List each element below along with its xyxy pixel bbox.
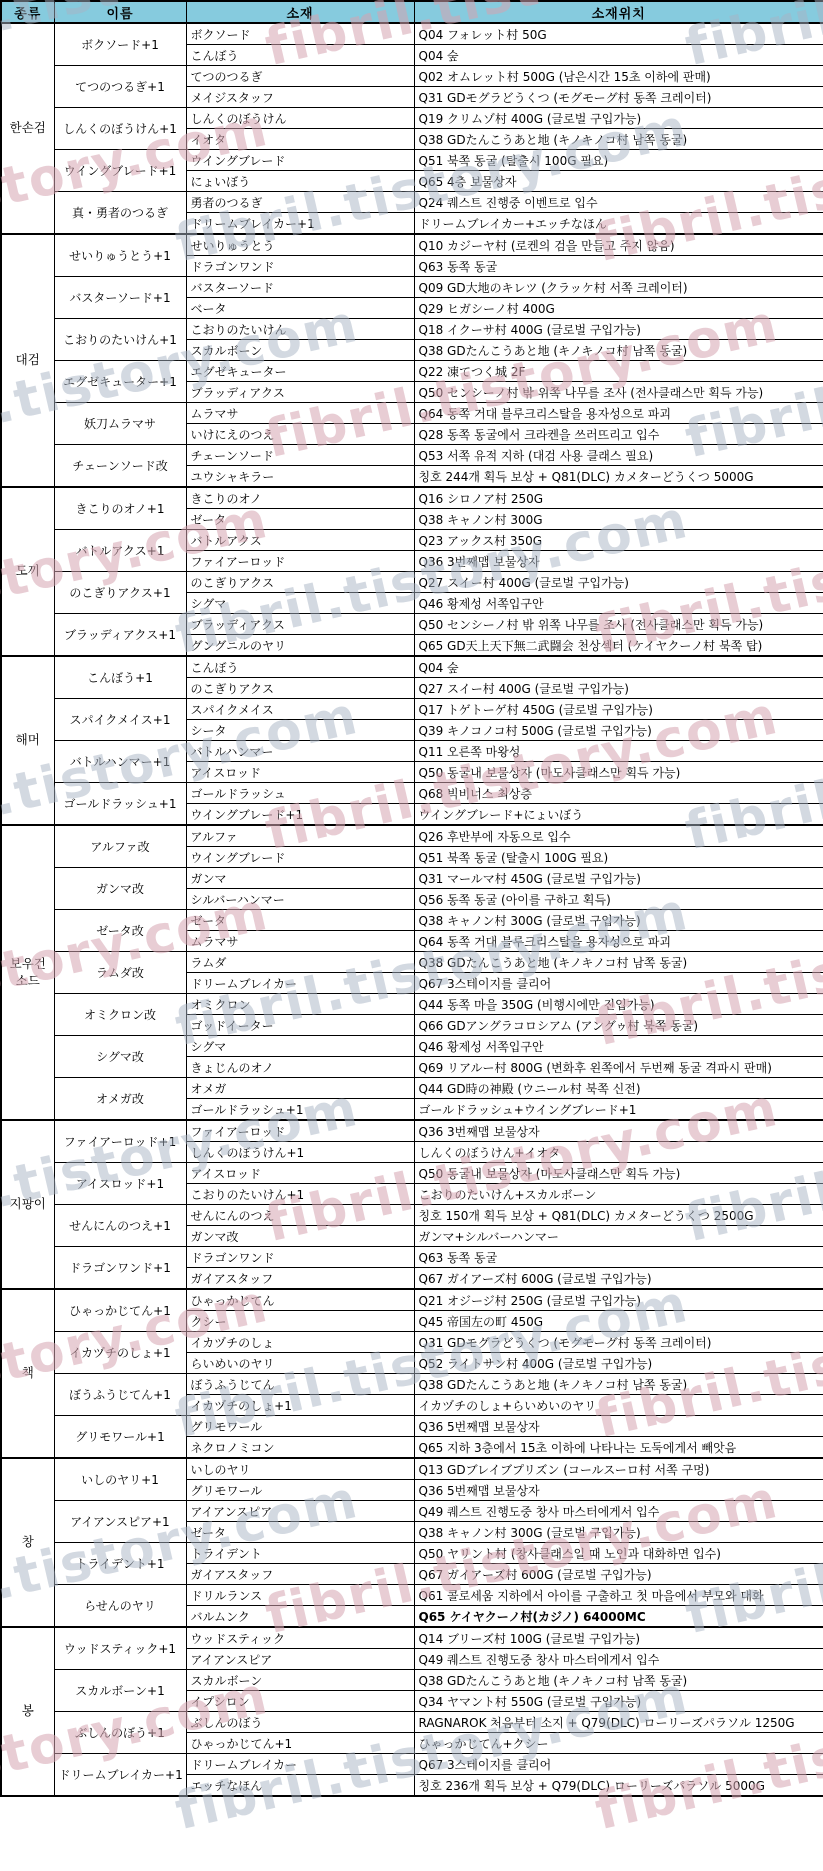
location-cell: Q64 동쪽 거대 블루크리스탈을 용자성으로 파괴: [414, 931, 823, 952]
material-cell: スカルボーン: [186, 340, 414, 361]
location-cell: Q19 クリムゾ村 400G (글로벌 구입가능): [414, 108, 823, 129]
location-cell: Q10 カジーヤ村 (로켄의 검을 만들고 주지 않음): [414, 234, 823, 256]
weapon-name-cell: ラムダ改: [54, 952, 186, 994]
location-cell: Q67 3스테이지를 클리어: [414, 1754, 823, 1775]
location-cell: こおりのたいけん+スカルボーン: [414, 1184, 823, 1205]
material-cell: トライデント: [186, 1543, 414, 1564]
material-cell: こんぼう: [186, 45, 414, 66]
location-cell: Q69 リアルー村 800G (변화후 왼쪽에서 두번째 동굴 격파시 판매): [414, 1057, 823, 1078]
location-cell: Q67 ガイアーズ村 600G (글로벌 구입가능): [414, 1268, 823, 1290]
material-cell: シグマ: [186, 1036, 414, 1057]
table-row: こおりのたいけん+1こおりのたいけんQ18 イクーサ村 400G (글로벌 구입…: [1, 319, 823, 340]
weapon-name-cell: アルファ改: [54, 825, 186, 868]
weapon-name-cell: ボクソード+1: [54, 23, 186, 66]
material-cell: ゼータ: [186, 1522, 414, 1543]
location-cell: Q68 빅비너스 최상층: [414, 783, 823, 804]
table-row: バトルハンマー+1バトルハンマーQ11 오른쪽 마왕성: [1, 741, 823, 762]
material-cell: ブラッディアクス: [186, 614, 414, 635]
table-row: 책ひゃっかじてん+1ひゃっかじてんQ21 オジージ村 250G (글로벌 구입가…: [1, 1289, 823, 1311]
weapon-name-cell: ウッドスティック+1: [54, 1627, 186, 1670]
material-cell: シルバーハンマー: [186, 889, 414, 910]
material-cell: バトルハンマー: [186, 741, 414, 762]
table-row: ウイングブレード+1ウイングブレードQ51 북쪽 동굴 (탈출시 100G 필요…: [1, 150, 823, 171]
material-cell: バルムンク: [186, 1606, 414, 1628]
location-cell: 칭호 236개 획득 보상 + Q79(DLC) ローリーズパラソル 5000G: [414, 1775, 823, 1797]
location-cell: Q51 북쪽 동굴 (탈출시 100G 필요): [414, 847, 823, 868]
location-cell: Q38 GDたんこうあと地 (キノキノコ村 남쪽 동굴): [414, 1670, 823, 1691]
table-row: バトルアクス+1バトルアクスQ23 アックス村 350G: [1, 530, 823, 551]
location-cell: Q50 ヤリント村 (창사클래스일 때 노인과 대화하면 입수): [414, 1543, 823, 1564]
material-cell: いしのヤリ: [186, 1458, 414, 1480]
category-cell: 책: [1, 1289, 54, 1458]
material-cell: アイスロッド: [186, 1163, 414, 1184]
location-cell: Q44 동쪽 마을 350G (비행시에만 진입가능): [414, 994, 823, 1015]
category-cell: 지팡이: [1, 1120, 54, 1289]
material-cell: 勇者のつるぎ: [186, 192, 414, 213]
weapon-name-cell: せいりゅうとう+1: [54, 234, 186, 277]
material-cell: ムラマサ: [186, 931, 414, 952]
material-cell: ゼータ: [186, 910, 414, 931]
table-row: ガンマ改ガンマQ31 マールマ村 450G (글로벌 구입가능): [1, 868, 823, 889]
table-row: ぼうふうじてん+1ぼうふうじてんQ38 GDたんこうあと地 (キノキノコ村 남쪽…: [1, 1374, 823, 1395]
location-cell: Q27 スイー村 400G (글로벌 구입가능): [414, 572, 823, 593]
header-row: 종류 이름 소재 소재위치: [1, 1, 823, 23]
material-cell: こおりのたいけん: [186, 319, 414, 340]
material-cell: ブラッディアクス: [186, 382, 414, 403]
table-row: ゴールドラッシュ+1ゴールドラッシュQ68 빅비너스 최상층: [1, 783, 823, 804]
material-cell: イカヅチのしょ: [186, 1332, 414, 1353]
weapon-name-cell: らせんのヤリ: [54, 1585, 186, 1628]
location-cell: Q65 지하 3층에서 15초 이하에 나타나는 도둑에게서 빼앗음: [414, 1437, 823, 1459]
material-cell: らいめいのヤリ: [186, 1353, 414, 1374]
location-cell: Q14 ブリーズ村 100G (글로벌 구입가능): [414, 1627, 823, 1649]
location-cell: Q49 퀘스트 진행도중 창사 마스터에게서 입수: [414, 1649, 823, 1670]
location-cell: Q67 3스테이지를 클리어: [414, 973, 823, 994]
location-cell: Q36 5번째맵 보물상자: [414, 1480, 823, 1501]
location-cell: Q56 동쪽 동굴 (아이를 구하고 획득): [414, 889, 823, 910]
material-cell: シグマ: [186, 593, 414, 614]
col-header-material: 소재: [186, 1, 414, 23]
material-cell: バスターソード: [186, 277, 414, 298]
table-row: 봉ウッドスティック+1ウッドスティックQ14 ブリーズ村 100G (글로벌 구…: [1, 1627, 823, 1649]
location-cell: Q38 GDたんこうあと地 (キノキノコ村 남쪽 동굴): [414, 340, 823, 361]
material-cell: アイスロッド: [186, 762, 414, 783]
location-cell: Q04 숲: [414, 45, 823, 66]
table-row: チェーンソード改チェーンソードQ53 서쪽 유적 지하 (대검 사용 클래스 필…: [1, 445, 823, 466]
category-cell: 도끼: [1, 487, 54, 656]
material-cell: ウイングブレード: [186, 150, 414, 171]
category-cell: 보우건 소드: [1, 825, 54, 1120]
location-cell: イカヅチのしょ+らいめいのヤリ: [414, 1395, 823, 1416]
material-cell: ゼータ: [186, 509, 414, 530]
location-cell: Q38 キャノン村 300G (글로벌 구입가능): [414, 1522, 823, 1543]
table-row: 해머こんぼう+1こんぼうQ04 숲: [1, 656, 823, 678]
weapon-name-cell: しんくのぼうけん+1: [54, 108, 186, 150]
location-cell: Q24 퀘스트 진행중 이벤트로 입수: [414, 192, 823, 213]
material-cell: しんくのぼうけん: [186, 108, 414, 129]
table-row: 한손검ボクソード+1ボクソードQ04 フォレット村 50G: [1, 23, 823, 45]
location-cell: ウイングブレード+にょいぼう: [414, 804, 823, 826]
table-row: 妖刀ムラマサムラマサQ64 동쪽 거대 블루크리스탈을 용자성으로 파괴: [1, 403, 823, 424]
location-cell: Q38 GDたんこうあと地 (キノキノコ村 남쪽 동굴): [414, 952, 823, 973]
table-row: ラムダ改ラムダQ38 GDたんこうあと地 (キノキノコ村 남쪽 동굴): [1, 952, 823, 973]
weapon-upgrade-table: 종류 이름 소재 소재위치 한손검ボクソード+1ボクソードQ04 フォレット村 …: [0, 0, 823, 1797]
location-cell: Q27 スイー村 400G (글로벌 구입가능): [414, 678, 823, 699]
material-cell: オメガ: [186, 1078, 414, 1099]
location-cell: Q66 GDアングラコロシアム (アングゥ村 북쪽 동굴): [414, 1015, 823, 1036]
material-cell: にょいぼう: [186, 171, 414, 192]
table-row: アイアンスピア+1アイアンスピアQ49 퀘스트 진행도중 창사 마스터에게서 입…: [1, 1501, 823, 1522]
weapon-name-cell: オミクロン改: [54, 994, 186, 1036]
material-cell: ぼうふうじてん: [186, 1374, 414, 1395]
table-row: しんくのぼうけん+1しんくのぼうけんQ19 クリムゾ村 400G (글로벌 구입…: [1, 108, 823, 129]
material-cell: ぶしんのぼう: [186, 1712, 414, 1733]
location-cell: Q64 동쪽 거대 블루크리스탈을 용자성으로 파괴: [414, 403, 823, 424]
location-cell: Q63 동쪽 동굴: [414, 256, 823, 277]
location-cell: Q02 オムレット村 500G (남은시간 15초 이하에 판매): [414, 66, 823, 87]
location-cell: Q51 북쪽 동굴 (탈출시 100G 필요): [414, 150, 823, 171]
material-cell: きこりのオノ: [186, 487, 414, 509]
location-cell: Q31 GDモグラどうくつ (モグモーグ村 동쪽 크레이터): [414, 87, 823, 108]
location-cell: Q36 5번째맵 보물상자: [414, 1416, 823, 1437]
category-cell: 봉: [1, 1627, 54, 1796]
material-cell: スパイクメイス: [186, 699, 414, 720]
weapon-name-cell: トライデント+1: [54, 1543, 186, 1585]
weapon-name-cell: ガンマ改: [54, 868, 186, 910]
material-cell: てつのつるぎ: [186, 66, 414, 87]
weapon-name-cell: いしのヤリ+1: [54, 1458, 186, 1501]
material-cell: ガイアスタッフ: [186, 1268, 414, 1290]
location-cell: 칭호 244개 획득 보상 + Q81(DLC) カメターどうくつ 5000G: [414, 466, 823, 488]
weapon-name-cell: のこぎりアクス+1: [54, 572, 186, 614]
material-cell: アイアンスピア: [186, 1501, 414, 1522]
weapon-name-cell: せんにんのつえ+1: [54, 1205, 186, 1247]
location-cell: Q44 GD時の神殿 (ウニール村 북쪽 신전): [414, 1078, 823, 1099]
weapon-name-cell: アイスロッド+1: [54, 1163, 186, 1205]
category-cell: 해머: [1, 656, 54, 825]
material-cell: イオタ: [186, 129, 414, 150]
material-cell: アイアンスピア: [186, 1649, 414, 1670]
weapon-name-cell: こんぼう+1: [54, 656, 186, 699]
table-row: オミクロン改オミクロンQ44 동쪽 마을 350G (비행시에만 진입가능): [1, 994, 823, 1015]
location-cell: ガンマ+シルバーハンマー: [414, 1226, 823, 1247]
location-cell: Q45 帝国左の町 450G: [414, 1311, 823, 1332]
table-row: トライデント+1トライデントQ50 ヤリント村 (창사클래스일 때 노인과 대화…: [1, 1543, 823, 1564]
location-cell: Q36 3번째맵 보물상자: [414, 551, 823, 572]
material-cell: いけにえのつえ: [186, 424, 414, 445]
weapon-name-cell: ウイングブレード+1: [54, 150, 186, 192]
table-row: 도끼きこりのオノ+1きこりのオノQ16 シロノア村 250G: [1, 487, 823, 509]
location-cell: Q31 マールマ村 450G (글로벌 구입가능): [414, 868, 823, 889]
location-cell: Q28 동쪽 동굴에서 크라켄을 쓰러뜨리고 입수: [414, 424, 823, 445]
location-cell: Q11 오른쪽 마왕성: [414, 741, 823, 762]
weapon-name-cell: 妖刀ムラマサ: [54, 403, 186, 445]
weapon-name-cell: ひゃっかじてん+1: [54, 1289, 186, 1332]
weapon-name-cell: ドラゴンワンド+1: [54, 1247, 186, 1290]
weapon-name-cell: ブラッディアクス+1: [54, 614, 186, 657]
material-cell: ゴールドラッシュ+1: [186, 1099, 414, 1121]
location-cell: Q38 GDたんこうあと地 (キノキノコ村 남쪽 동굴): [414, 129, 823, 150]
location-cell: Q50 センシーノ村 밖 위쪽 나무를 조사 (전사클래스만 획득 가능): [414, 614, 823, 635]
weapon-name-cell: エグゼキューター+1: [54, 361, 186, 403]
location-cell: Q65 ケイヤクーノ村(カジノ) 64000MC: [414, 1606, 823, 1628]
location-cell: Q61 콜로세움 지하에서 아이를 구출하고 첫 마을에서 부모와 대화: [414, 1585, 823, 1606]
material-cell: ムラマサ: [186, 403, 414, 424]
location-cell: RAGNAROK 처음부터 소지 + Q79(DLC) ローリーズパラソル 12…: [414, 1712, 823, 1733]
location-cell: Q34 ヤマント村 550G (글로벌 구입가능): [414, 1691, 823, 1712]
col-header-name: 이름: [54, 1, 186, 23]
weapon-name-cell: イカヅチのしょ+1: [54, 1332, 186, 1374]
weapon-name-cell: 真・勇者のつるぎ: [54, 192, 186, 235]
material-cell: ひゃっかじてん: [186, 1289, 414, 1311]
location-cell: Q46 황제성 서쪽입구안: [414, 1036, 823, 1057]
location-cell: Q09 GD大地のキレツ (クラッケ村 서쪽 크레이터): [414, 277, 823, 298]
material-cell: ファイアーロッド: [186, 551, 414, 572]
category-cell: 한손검: [1, 23, 54, 234]
location-cell: Q50 동굴내 보물상자 (마도사클래스만 획득 가능): [414, 762, 823, 783]
material-cell: ウイングブレード: [186, 847, 414, 868]
location-cell: Q67 ガイアーズ村 600G (글로벌 구입가능): [414, 1564, 823, 1585]
material-cell: バトルアクス: [186, 530, 414, 551]
table-row: 지팡이ファイアーロッド+1ファイアーロッドQ36 3번째맵 보물상자: [1, 1120, 823, 1142]
location-cell: Q04 フォレット村 50G: [414, 23, 823, 45]
table-row: ドラゴンワンド+1ドラゴンワンドQ63 동쪽 동굴: [1, 1247, 823, 1268]
material-cell: グリモワール: [186, 1416, 414, 1437]
material-cell: アルファ: [186, 825, 414, 847]
weapon-name-cell: ぼうふうじてん+1: [54, 1374, 186, 1416]
location-cell: Q18 イクーサ村 400G (글로벌 구입가능): [414, 319, 823, 340]
material-cell: イカヅチのしょ+1: [186, 1395, 414, 1416]
location-cell: Q49 퀘스트 진행도중 창사 마스터에게서 입수: [414, 1501, 823, 1522]
category-cell: 창: [1, 1458, 54, 1627]
location-cell: 칭호 150개 획득 보상 + Q81(DLC) カメターどうくつ 2500G: [414, 1205, 823, 1226]
material-cell: オミクロン: [186, 994, 414, 1015]
weapon-name-cell: てつのつるぎ+1: [54, 66, 186, 108]
material-cell: こおりのたいけん+1: [186, 1184, 414, 1205]
material-cell: ファイアーロッド: [186, 1120, 414, 1142]
weapon-name-cell: ファイアーロッド+1: [54, 1120, 186, 1163]
location-cell: Q29 ヒガシーノ村 400G: [414, 298, 823, 319]
material-cell: せんにんのつえ: [186, 1205, 414, 1226]
location-cell: Q65 4층 보물상자: [414, 171, 823, 192]
material-cell: シータ: [186, 720, 414, 741]
material-cell: ドラゴンワンド: [186, 1247, 414, 1268]
table-row: 창いしのヤリ+1いしのヤリQ13 GDブレイブプリズン (コールスーロ村 서쪽 …: [1, 1458, 823, 1480]
category-cell: 대검: [1, 234, 54, 487]
location-cell: Q50 センシーノ村 밖 위쪽 나무를 조사 (전사클래스만 획득 가능): [414, 382, 823, 403]
table-row: せんにんのつえ+1せんにんのつえ칭호 150개 획득 보상 + Q81(DLC)…: [1, 1205, 823, 1226]
table-row: のこぎりアクス+1のこぎりアクスQ27 スイー村 400G (글로벌 구입가능): [1, 572, 823, 593]
weapon-name-cell: グリモワール+1: [54, 1416, 186, 1459]
table-row: らせんのヤリドリルランスQ61 콜로세움 지하에서 아이를 구출하고 첫 마을에…: [1, 1585, 823, 1606]
material-cell: きょじんのオノ: [186, 1057, 414, 1078]
location-cell: Q36 3번째맵 보물상자: [414, 1120, 823, 1142]
material-cell: ドリームブレイカー+1: [186, 213, 414, 235]
weapon-name-cell: スカルボーン+1: [54, 1670, 186, 1712]
weapon-name-cell: アイアンスピア+1: [54, 1501, 186, 1543]
location-cell: Q31 GDモグラどうくつ (モグモーグ村 동쪽 크레이터): [414, 1332, 823, 1353]
material-cell: ウッドスティック: [186, 1627, 414, 1649]
material-cell: ドラゴンワンド: [186, 256, 414, 277]
location-cell: ドリームブレイカー+エッチなほん: [414, 213, 823, 235]
location-cell: ひゃっかじてん+クシー: [414, 1733, 823, 1754]
material-cell: ガンマ: [186, 868, 414, 889]
location-cell: Q16 シロノア村 250G: [414, 487, 823, 509]
table-row: エグゼキューター+1エグゼキューターQ22 凍てつく城 2F: [1, 361, 823, 382]
table-row: スカルボーン+1スカルボーンQ38 GDたんこうあと地 (キノキノコ村 남쪽 동…: [1, 1670, 823, 1691]
material-cell: ドリームブレイカー: [186, 1754, 414, 1775]
location-cell: Q53 서쪽 유적 지하 (대검 사용 클래스 필요): [414, 445, 823, 466]
location-cell: Q65 GD天上天下無二武闘会 천상섹터 (ケイヤクーノ村 북쪽 탑): [414, 635, 823, 657]
material-cell: スカルボーン: [186, 1670, 414, 1691]
weapon-name-cell: きこりのオノ+1: [54, 487, 186, 530]
table-row: オメガ改オメガQ44 GD時の神殿 (ウニール村 북쪽 신전): [1, 1078, 823, 1099]
material-cell: イプシロン: [186, 1691, 414, 1712]
material-cell: ガンマ改: [186, 1226, 414, 1247]
table-row: 대검せいりゅうとう+1せいりゅうとうQ10 カジーヤ村 (로켄의 검을 만들고 …: [1, 234, 823, 256]
material-cell: エッチなほん: [186, 1775, 414, 1797]
material-cell: のこぎりアクス: [186, 572, 414, 593]
weapon-name-cell: ドリームブレイカー+1: [54, 1754, 186, 1797]
col-header-material-location: 소재위치: [414, 1, 823, 23]
table-row: バスターソード+1バスターソードQ09 GD大地のキレツ (クラッケ村 서쪽 크…: [1, 277, 823, 298]
material-cell: ボクソード: [186, 23, 414, 45]
material-cell: クシー: [186, 1311, 414, 1332]
material-cell: チェーンソード: [186, 445, 414, 466]
table-row: ドリームブレイカー+1ドリームブレイカーQ67 3스테이지를 클리어: [1, 1754, 823, 1775]
location-cell: ゴールドラッシュ+ウイングブレード+1: [414, 1099, 823, 1121]
table-row: ブラッディアクス+1ブラッディアクスQ50 センシーノ村 밖 위쪽 나무를 조사…: [1, 614, 823, 635]
weapon-name-cell: ゼータ改: [54, 910, 186, 952]
table-row: イカヅチのしょ+1イカヅチのしょQ31 GDモグラどうくつ (モグモーグ村 동쪽…: [1, 1332, 823, 1353]
table-row: シグマ改シグマQ46 황제성 서쪽입구안: [1, 1036, 823, 1057]
material-cell: ゴールドラッシュ: [186, 783, 414, 804]
weapon-name-cell: こおりのたいけん+1: [54, 319, 186, 361]
location-cell: Q63 동쪽 동굴: [414, 1247, 823, 1268]
location-cell: Q23 アックス村 350G: [414, 530, 823, 551]
location-cell: Q13 GDブレイブプリズン (コールスーロ村 서쪽 구멍): [414, 1458, 823, 1480]
location-cell: Q17 トゲトーゲ村 450G (글로벌 구입가능): [414, 699, 823, 720]
table-row: ぶしんのぼう+1ぶしんのぼうRAGNAROK 처음부터 소지 + Q79(DLC…: [1, 1712, 823, 1733]
table-row: 보우건 소드アルファ改アルファQ26 후반부에 자동으로 입수: [1, 825, 823, 847]
location-cell: Q39 キノコノコ村 500G (글로벌 구입가능): [414, 720, 823, 741]
weapon-name-cell: バトルハンマー+1: [54, 741, 186, 783]
location-cell: Q21 オジージ村 250G (글로벌 구입가능): [414, 1289, 823, 1311]
weapon-name-cell: オメガ改: [54, 1078, 186, 1121]
page: { "watermark":{ "text":"fibril.tistory.c…: [0, 0, 823, 1871]
location-cell: Q50 동굴내 보물상자 (마도사클래스만 획득 가능): [414, 1163, 823, 1184]
weapon-name-cell: バスターソード+1: [54, 277, 186, 319]
material-cell: ネクロノミコン: [186, 1437, 414, 1459]
table-row: 真・勇者のつるぎ勇者のつるぎQ24 퀘스트 진행중 이벤트로 입수: [1, 192, 823, 213]
material-cell: しんくのぼうけん+1: [186, 1142, 414, 1163]
location-cell: Q38 GDたんこうあと地 (キノキノコ村 남쪽 동굴): [414, 1374, 823, 1395]
location-cell: Q38 キャノン村 300G (글로벌 구입가능): [414, 910, 823, 931]
material-cell: ドリームブレイカー: [186, 973, 414, 994]
table-row: グリモワール+1グリモワールQ36 5번째맵 보물상자: [1, 1416, 823, 1437]
material-cell: グングニルのヤリ: [186, 635, 414, 657]
material-cell: ゴッドイーター: [186, 1015, 414, 1036]
location-cell: Q04 숲: [414, 656, 823, 678]
weapon-name-cell: バトルアクス+1: [54, 530, 186, 572]
table-row: スパイクメイス+1スパイクメイスQ17 トゲトーゲ村 450G (글로벌 구입가…: [1, 699, 823, 720]
material-cell: こんぼう: [186, 656, 414, 678]
weapon-name-cell: シグマ改: [54, 1036, 186, 1078]
location-cell: Q46 황제성 서쪽입구안: [414, 593, 823, 614]
material-cell: ドリルランス: [186, 1585, 414, 1606]
table-row: てつのつるぎ+1てつのつるぎQ02 オムレット村 500G (남은시간 15초 …: [1, 66, 823, 87]
material-cell: せいりゅうとう: [186, 234, 414, 256]
table-row: ゼータ改ゼータQ38 キャノン村 300G (글로벌 구입가능): [1, 910, 823, 931]
location-cell: Q22 凍てつく城 2F: [414, 361, 823, 382]
weapon-name-cell: チェーンソード改: [54, 445, 186, 488]
material-cell: ウイングブレード+1: [186, 804, 414, 826]
material-cell: ラムダ: [186, 952, 414, 973]
weapon-name-cell: ゴールドラッシュ+1: [54, 783, 186, 826]
location-cell: Q26 후반부에 자동으로 입수: [414, 825, 823, 847]
location-cell: Q38 キャノン村 300G: [414, 509, 823, 530]
location-cell: Q52 ライトサン村 400G (글로벌 구입가능): [414, 1353, 823, 1374]
material-cell: グリモワール: [186, 1480, 414, 1501]
weapon-name-cell: スパイクメイス+1: [54, 699, 186, 741]
table-body: 한손검ボクソード+1ボクソードQ04 フォレット村 50GこんぼうQ04 숲てつ…: [1, 23, 823, 1796]
material-cell: のこぎりアクス: [186, 678, 414, 699]
location-cell: しんくのぼうけん+イオタ: [414, 1142, 823, 1163]
material-cell: ガイアスタッフ: [186, 1564, 414, 1585]
weapon-name-cell: ぶしんのぼう+1: [54, 1712, 186, 1754]
material-cell: ユウシャキラー: [186, 466, 414, 488]
material-cell: ベータ: [186, 298, 414, 319]
col-header-type: 종류: [1, 1, 54, 23]
material-cell: メイジスタッフ: [186, 87, 414, 108]
material-cell: エグゼキューター: [186, 361, 414, 382]
material-cell: ひゃっかじてん+1: [186, 1733, 414, 1754]
table-row: アイスロッド+1アイスロッドQ50 동굴내 보물상자 (마도사클래스만 획득 가…: [1, 1163, 823, 1184]
